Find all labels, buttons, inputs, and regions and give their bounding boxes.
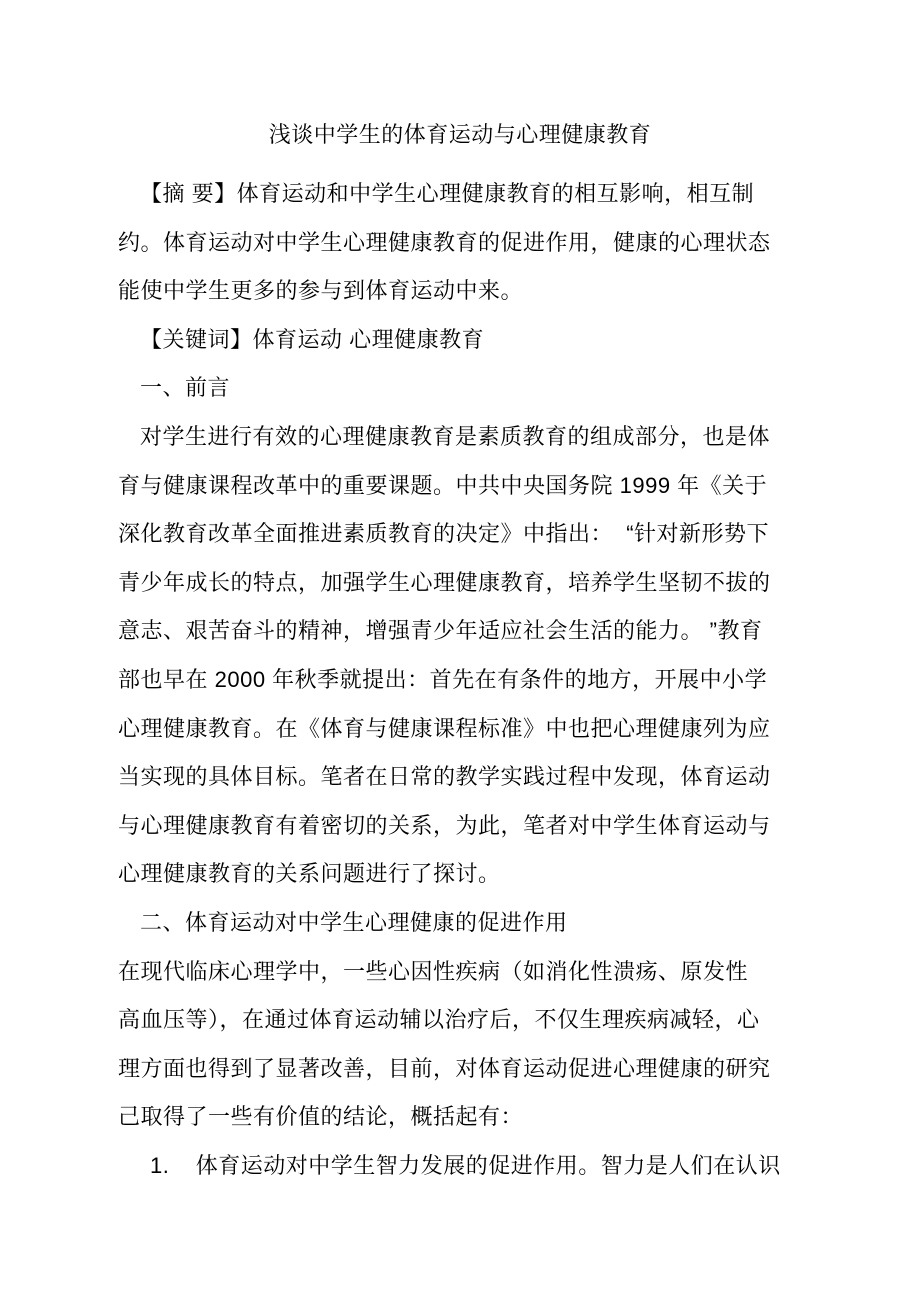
text-line: 【摘 要】体育运动和中学生心理健康教育的相互影响，相互制 (118, 170, 820, 219)
text-line: 在现代临床心理学中，一些心因性疾病（如消化性溃疡、原发性 (118, 948, 820, 997)
text-line: 约。体育运动对中学生心理健康教育的促进作用，健康的心理状态 (118, 219, 820, 268)
text-line: 二、体育运动对中学生心理健康的促进作用 (118, 899, 820, 948)
text-line: 育与健康课程改革中的重要课题。中共中央国务院 1999 年《关于 (118, 462, 820, 511)
text-line: 心理健康教育。在《体育与健康课程标准》中也把心理健康列为应 (118, 705, 820, 754)
document-body: 【摘 要】体育运动和中学生心理健康教育的相互影响，相互制约。体育运动对中学生心理… (0, 170, 920, 1190)
document-page: 浅谈中学生的体育运动与心理健康教育 【摘 要】体育运动和中学生心理健康教育的相互… (0, 0, 920, 1303)
text-line: 【关键词】体育运动 心理健康教育 (118, 316, 820, 365)
text-line: 高血压等），在通过体育运动辅以治疗后，不仅生理疾病减轻，心 (118, 996, 820, 1045)
text-line: 对学生进行有效的心理健康教育是素质教育的组成部分，也是体 (118, 413, 820, 462)
text-line: 深化教育改革全面推进素质教育的决定》中指出： “针对新形势下 (118, 510, 820, 559)
text-line: 青少年成长的特点，加强学生心理健康教育，培养学生坚韧不拔的 (118, 559, 820, 608)
document-title: 浅谈中学生的体育运动与心理健康教育 (0, 0, 920, 150)
text-line: 能使中学生更多的参与到体育运动中来。 (118, 267, 820, 316)
text-line: 己取得了一些有价值的结论，概括起有： (118, 1093, 820, 1142)
text-line: 心理健康教育的关系问题进行了探讨。 (118, 850, 820, 899)
text-line: 与心理健康教育有着密切的关系，为此，笔者对中学生体育运动与 (118, 802, 820, 851)
text-line: 1. 体育运动对中学生智力发展的促进作用。智力是人们在认识 (118, 1142, 820, 1191)
text-line: 当实现的具体目标。笔者在日常的教学实践过程中发现，体育运动 (118, 753, 820, 802)
text-line: 理方面也得到了显著改善，目前，对体育运动促进心理健康的研究 (118, 1045, 820, 1094)
text-line: 意志、艰苦奋斗的精神，增强青少年适应社会生活的能力。 ”教育 (118, 607, 820, 656)
text-line: 部也早在 2000 年秋季就提出：首先在有条件的地方，开展中小学 (118, 656, 820, 705)
text-line: 一、前言 (118, 364, 820, 413)
